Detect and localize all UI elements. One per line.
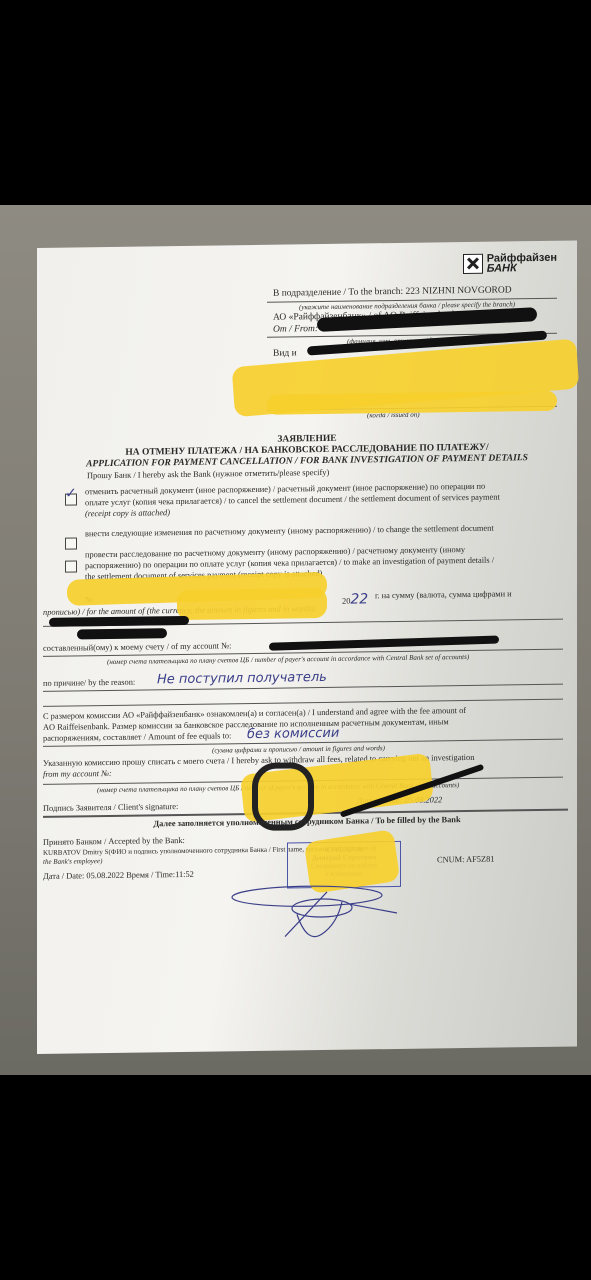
ask-bank-text: Прошу Банк / I hereby ask the Bank (нужн…: [87, 468, 329, 480]
employee-line-2: the Bank's employee): [43, 857, 102, 866]
doc-label: Вид и: [273, 348, 297, 358]
fee-value: без комиссии: [247, 726, 339, 742]
accepted-label: Принято Банком / Accepted by the Bank:: [43, 836, 185, 847]
checkmark-icon: ✓: [65, 485, 77, 501]
cnum-value: CNUM: AF5Z81: [437, 855, 494, 865]
redaction-black: [77, 628, 167, 639]
signature-label: Подпись Заявителя / Client's signature:: [43, 802, 178, 813]
reason-value: Не поступил получатель: [157, 670, 327, 687]
option-cancel-text: (receipt copy is attached): [85, 508, 170, 518]
branch-value: 223 NIZHNI NOVGOROD: [406, 285, 512, 296]
branch-label: В подразделение / To the branch:: [273, 287, 403, 299]
option-cancel-checkbox[interactable]: ✓: [65, 493, 77, 505]
bank-logo: РайффайзенБАНК: [463, 253, 557, 274]
fee-hint: (сумма цифрами и прописью / amount in fi…: [212, 744, 385, 754]
application-form: РайффайзенБАНК В подразделение / To the …: [37, 240, 577, 1054]
from-label: От / From:: [273, 324, 318, 335]
option-investigate-checkbox[interactable]: [65, 560, 77, 572]
sum-label: г. на сумму (валюта, сумма цифрами и: [375, 589, 512, 600]
reason-label: по причине/ by the reason:: [43, 678, 135, 688]
logo-line2: БАНК: [487, 262, 517, 274]
accepted-date-time: Дата / Date: 05.08.2022 Время / Time:11:…: [43, 870, 194, 881]
redaction-black: [269, 636, 499, 651]
account-label: составленный(ому) к моему счету / of my …: [43, 641, 231, 653]
branch-line: В подразделение / To the branch: 223 NIZ…: [273, 285, 512, 298]
option-change-checkbox[interactable]: [65, 537, 77, 549]
fee-text: распоряжениям, составляет / Amount of fe…: [43, 731, 231, 743]
option-change-text: внести следующие изменения по расчетному…: [85, 524, 494, 539]
year-value: 22: [350, 591, 368, 607]
raiffeisen-logo-icon: [463, 254, 483, 274]
redaction-black: [49, 616, 189, 627]
employee-signature-icon: [227, 883, 427, 956]
withdraw-text: from my account №:: [43, 769, 112, 779]
redaction-yellow: [267, 391, 557, 415]
redaction-yellow: [177, 588, 327, 620]
